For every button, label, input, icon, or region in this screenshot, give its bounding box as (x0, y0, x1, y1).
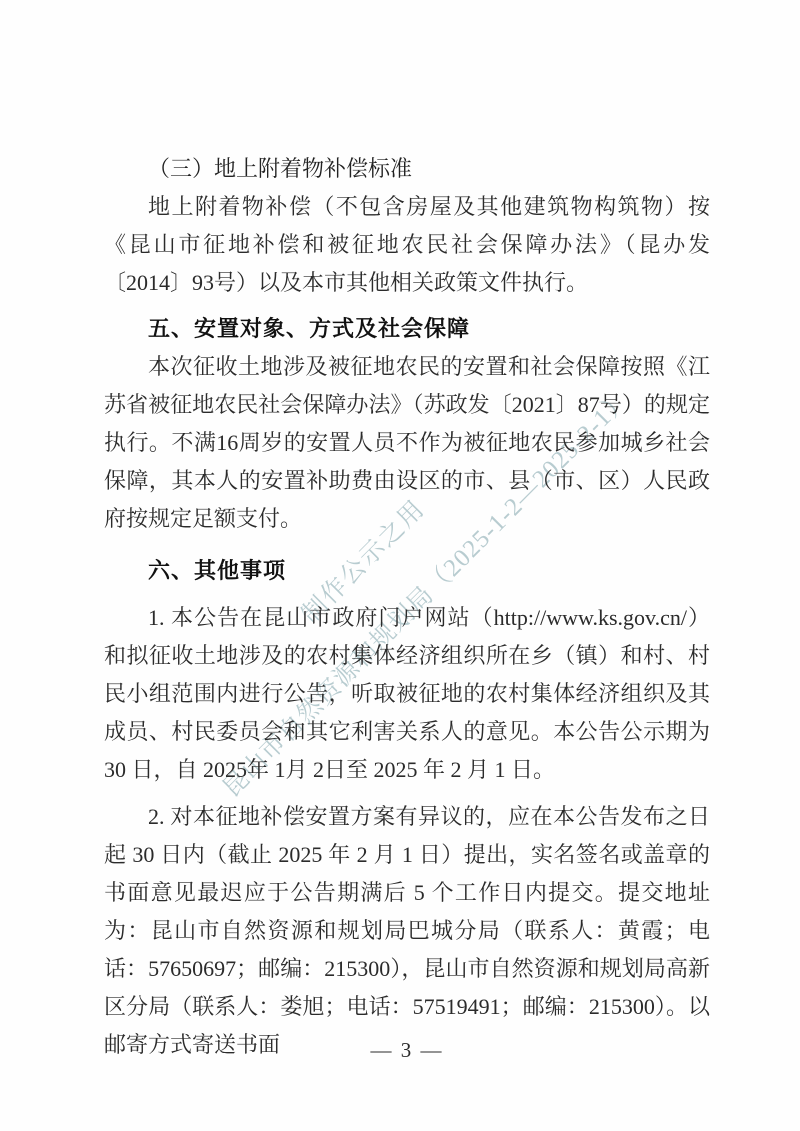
document-body: （三）地上附着物补偿标准 地上附着物补偿（不包含房屋及其他建筑物构筑物）按《昆山… (104, 150, 710, 1064)
paragraph-item-1-publication: 1. 本公告在昆山市政府门户网站（http://www.ks.gov.cn/）和… (104, 599, 710, 789)
paragraph-resettlement-social-security: 本次征收土地涉及被征地农民的安置和社会保障按照《江苏省被征地农民社会保障办法》（… (104, 348, 710, 538)
paragraph-ground-attachments-compensation: 地上附着物补偿（不包含房屋及其他建筑物构筑物）按《昆山市征地补偿和被征地农民社会… (104, 188, 710, 302)
page-number: — 3 — (104, 1038, 710, 1063)
subheading-ground-attachments-standard: （三）地上附着物补偿标准 (104, 150, 710, 188)
paragraph-item-2-objection: 2. 对本征地补偿安置方案有异议的，应在本公告发布之日起 30 日内（截止 20… (104, 798, 710, 1064)
heading-section-5-resettlement: 五、安置对象、方式及社会保障 (104, 310, 710, 348)
document-page: 制作公示之用 昆山市自然资源和规划局（2025-1-2—2025-2-1） （三… (0, 0, 800, 1131)
heading-section-6-other-matters: 六、其他事项 (104, 552, 710, 590)
